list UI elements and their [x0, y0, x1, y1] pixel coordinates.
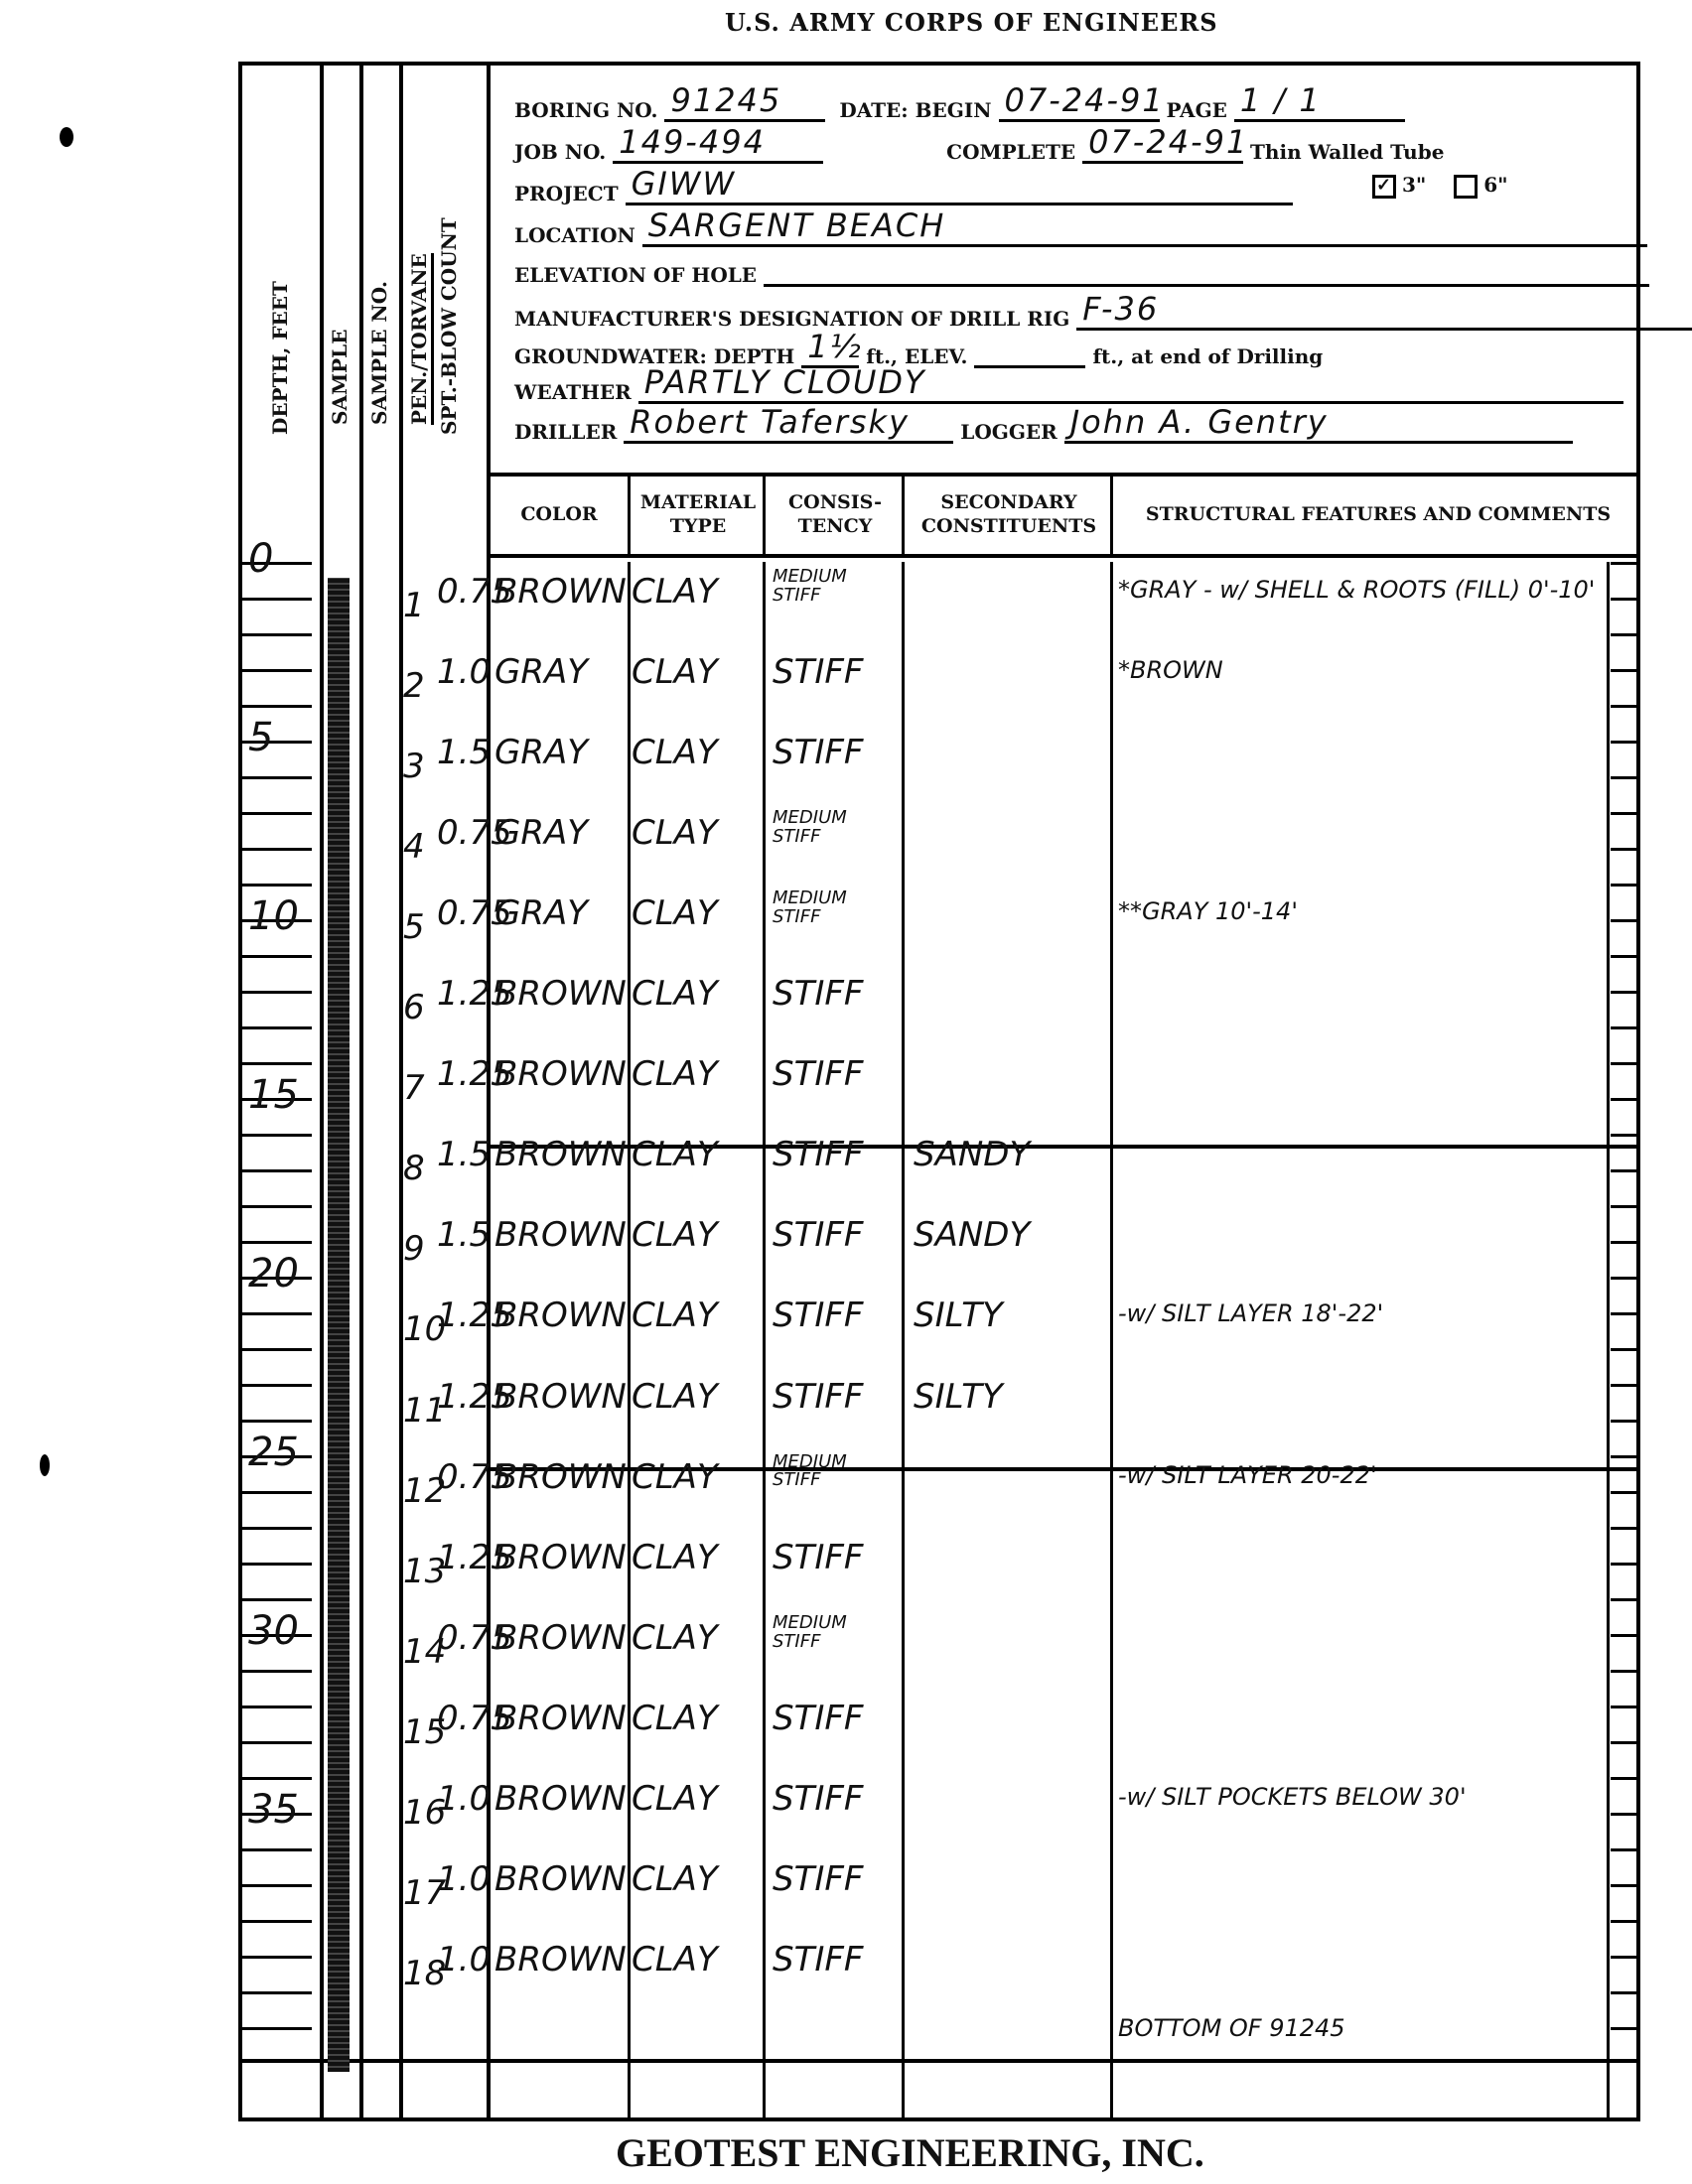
begin-date-value: 07-24-91: [999, 81, 1160, 122]
consistency: STIFF: [773, 1940, 864, 1979]
depth-tick: [242, 1741, 312, 1744]
sample-interval-bar: [328, 578, 350, 2072]
sample-no: 6: [403, 988, 425, 1027]
depth-tick: [1611, 1706, 1636, 1708]
depth-tick: [1611, 1956, 1636, 1959]
depth-tick: [1611, 991, 1636, 994]
depth-tick: [242, 1312, 312, 1315]
depth-tick: [242, 2027, 312, 2030]
depth-tick: [1611, 1062, 1636, 1065]
soil-color: BROWN: [494, 1538, 627, 1577]
sample-no: 8: [403, 1149, 425, 1188]
consistency: STIFF: [773, 1699, 864, 1738]
depth-marker: 25: [248, 1430, 299, 1475]
spt-blow-count-label: SPT.-BLOW COUNT: [437, 217, 461, 435]
pen-torvane-value: 1.5: [437, 1135, 491, 1174]
depth-tick: [1611, 1563, 1636, 1566]
depth-tick: [242, 1491, 312, 1494]
tube-size-options: 3" 6": [1372, 173, 1508, 199]
column-divider: [763, 562, 766, 2121]
sample-no: 4: [403, 827, 425, 867]
soil-color: BROWN: [494, 1699, 627, 1738]
groundwater-depth-value: 1½: [801, 328, 859, 368]
sample-label: SAMPLE: [328, 330, 352, 425]
depth-tick: [1611, 1134, 1636, 1137]
depth-tick: [242, 776, 312, 779]
soil-color: BROWN: [494, 1377, 627, 1417]
material-type: CLAY: [632, 733, 718, 772]
depth-tick: [1611, 1777, 1636, 1780]
depth-tick: [242, 1384, 312, 1387]
depth-tick: [242, 991, 312, 994]
sample-no: 9: [403, 1229, 425, 1269]
soil-color: GRAY: [494, 813, 588, 853]
soil-color: GRAY: [494, 893, 588, 933]
depth-tick: [1611, 1098, 1636, 1101]
depth-tick: [242, 1956, 312, 1959]
consistency: STIFF: [773, 1296, 864, 1335]
depth-tick: [1611, 884, 1636, 887]
depth-tick: [1611, 598, 1636, 601]
depth-tick: [1611, 955, 1636, 958]
structural-comment: -w/ SILT LAYER 20-22': [1118, 1461, 1377, 1489]
boring-no-field: BORING NO. 91245 DATE: BEGIN 07-24-91 PA…: [514, 81, 1405, 122]
pen-torvane-value: 1.0: [437, 1859, 491, 1899]
material-type: CLAY: [632, 1135, 718, 1174]
depth-tick: [242, 955, 312, 958]
depth-tick: [242, 848, 312, 851]
structural-comment: -w/ SILT POCKETS BELOW 30': [1118, 1783, 1467, 1811]
depth-marker: 10: [248, 893, 299, 939]
location-field: LOCATION SARGENT BEACH: [514, 206, 1647, 247]
depth-feet-label: DEPTH, FEET: [268, 281, 292, 435]
consistency: MEDIUM STIFF: [773, 1614, 892, 1652]
material-type: CLAY: [632, 1940, 718, 1979]
drill-rig-value: F-36: [1076, 290, 1692, 331]
depth-marker: 5: [248, 715, 273, 760]
secondary-constituent: SILTY: [914, 1296, 1003, 1335]
depth-tick: [1611, 1920, 1636, 1923]
page-value: 1 / 1: [1234, 81, 1405, 122]
depth-marker: 20: [248, 1251, 299, 1297]
weather-field: WEATHER PARTLY CLOUDY: [514, 363, 1623, 404]
depth-tick: [1611, 1848, 1636, 1851]
consistency: STIFF: [773, 1538, 864, 1577]
secondary-constituent: SANDY: [914, 1215, 1030, 1255]
consistency: STIFF: [773, 1859, 864, 1899]
material-type: CLAY: [632, 1296, 718, 1335]
tube-6in-checkbox[interactable]: [1454, 175, 1478, 199]
depth-tick: [1611, 812, 1636, 815]
depth-tick: [242, 1920, 312, 1923]
material-type: CLAY: [632, 1538, 718, 1577]
depth-tick: [1611, 2027, 1636, 2030]
project-field: PROJECT GIWW: [514, 165, 1329, 205]
soil-color: BROWN: [494, 572, 627, 612]
consistency: STIFF: [773, 733, 864, 772]
soil-color: BROWN: [494, 1618, 627, 1658]
soil-color: BROWN: [494, 1779, 627, 1819]
consistency: STIFF: [773, 1779, 864, 1819]
depth-marker: 0: [248, 536, 273, 582]
depth-marker: 15: [248, 1072, 299, 1118]
location-value: SARGENT BEACH: [642, 206, 1647, 247]
depth-tick: [242, 1670, 312, 1673]
depth-tick: [1611, 1277, 1636, 1280]
soil-color: BROWN: [494, 1296, 627, 1335]
depth-tick: [1611, 919, 1636, 922]
depth-tick: [1611, 1741, 1636, 1744]
depth-tick: [1611, 1455, 1636, 1458]
depth-tick: [242, 1062, 312, 1065]
consistency: STIFF: [773, 1377, 864, 1417]
depth-tick: [242, 598, 312, 601]
depth-tick: [242, 705, 312, 708]
elevation-field: ELEVATION OF HOLE: [514, 254, 1649, 287]
job-no-value: 149-494: [613, 123, 823, 164]
soil-color: BROWN: [494, 974, 627, 1014]
sample-no: 7: [403, 1068, 425, 1108]
depth-tick: [242, 1134, 312, 1137]
col-consistency: CONSIS-TENCY: [763, 477, 905, 554]
soil-color: BROWN: [494, 1940, 627, 1979]
soil-color: BROWN: [494, 1859, 627, 1899]
depth-tick: [242, 1884, 312, 1887]
structural-comment: -w/ SILT LAYER 18'-22': [1118, 1299, 1383, 1327]
depth-tick: [1611, 1241, 1636, 1244]
depth-tick: [242, 1991, 312, 1994]
pen-torvane-value: 1.0: [437, 652, 491, 692]
job-no-field: JOB NO. 149-494 COMPLETE 07-24-91 Thin W…: [514, 123, 1444, 164]
depth-tick: [242, 1241, 312, 1244]
material-type: CLAY: [632, 1457, 718, 1497]
material-type: CLAY: [632, 1699, 718, 1738]
depth-marker: 30: [248, 1608, 299, 1654]
material-type: CLAY: [632, 893, 718, 933]
consistency: STIFF: [773, 1054, 864, 1094]
depth-tick: [242, 1169, 312, 1172]
soil-color: GRAY: [494, 652, 588, 692]
depth-tick: [242, 1706, 312, 1708]
depth-tick: [1611, 1813, 1636, 1816]
column-divider: [628, 562, 631, 2121]
depth-tick: [242, 1563, 312, 1566]
depth-tick: [242, 633, 312, 636]
material-type: CLAY: [632, 1215, 718, 1255]
depth-marker: 35: [248, 1787, 299, 1833]
depth-tick: [1611, 669, 1636, 672]
depth-tick: [1611, 1991, 1636, 1994]
consistency: MEDIUM STIFF: [773, 809, 892, 847]
consistency: MEDIUM STIFF: [773, 1453, 892, 1491]
depth-tick: [1611, 1312, 1636, 1315]
material-type: CLAY: [632, 652, 718, 692]
soil-color: BROWN: [494, 1054, 627, 1094]
column-divider: [1110, 562, 1113, 2121]
structural-comment: *BROWN: [1118, 656, 1223, 684]
depth-tick: [242, 1026, 312, 1029]
pen-torvane-value: 1.0: [437, 1940, 491, 1979]
agency-title: U.S. ARMY CORPS OF ENGINEERS: [725, 8, 1218, 37]
consistency: STIFF: [773, 1135, 864, 1174]
depth-tick: [1611, 848, 1636, 851]
soil-color: BROWN: [494, 1135, 627, 1174]
complete-date-value: 07-24-91: [1082, 123, 1243, 164]
material-type: CLAY: [632, 572, 718, 612]
structural-comment: **GRAY 10'-14': [1118, 897, 1298, 925]
secondary-constituent: SILTY: [914, 1377, 1003, 1417]
material-type: CLAY: [632, 1779, 718, 1819]
depth-tick: [242, 884, 312, 887]
soil-color: BROWN: [494, 1215, 627, 1255]
logger-value: John A. Gentry: [1064, 403, 1573, 444]
depth-tick: [242, 669, 312, 672]
project-value: GIWW: [626, 165, 1293, 205]
header-fields: BORING NO. 91245 DATE: BEGIN 07-24-91 PA…: [491, 66, 1640, 473]
consistency: STIFF: [773, 652, 864, 692]
drill-rig-field: MANUFACTURER'S DESIGNATION OF DRILL RIG …: [514, 290, 1692, 331]
sample-no: 2: [403, 666, 425, 706]
depth-tick: [1611, 1205, 1636, 1208]
pen-torvane-label: PEN./TORVANE: [407, 253, 434, 425]
consistency: STIFF: [773, 1215, 864, 1255]
driller-logger-field: DRILLER Robert Tafersky LOGGER John A. G…: [514, 403, 1573, 444]
pen-torvane-value: 1.5: [437, 733, 491, 772]
depth-tick: [1611, 1634, 1636, 1637]
scan-speck: [60, 127, 73, 147]
depth-tick: [242, 1348, 312, 1351]
col-material-type: MATERIAL TYPE: [628, 477, 766, 554]
depth-tick: [242, 1420, 312, 1423]
weather-value: PARTLY CLOUDY: [638, 363, 1623, 404]
sample-no: 3: [403, 747, 425, 786]
soil-color: GRAY: [494, 733, 588, 772]
col-secondary-constituents: SECONDARY CONSTITUENTS: [902, 477, 1113, 554]
depth-tick: [1611, 1384, 1636, 1387]
boring-no-value: 91245: [664, 81, 825, 122]
depth-tick: [242, 812, 312, 815]
driller-value: Robert Tafersky: [624, 403, 953, 444]
depth-tick: [1611, 1348, 1636, 1351]
material-type: CLAY: [632, 1859, 718, 1899]
consistency: MEDIUM STIFF: [773, 889, 892, 927]
depth-tick: [242, 1848, 312, 1851]
depth-tick: [1611, 562, 1636, 565]
company-footer: GEOTEST ENGINEERING, INC.: [616, 2129, 1204, 2176]
tube-3in-checkbox[interactable]: [1372, 175, 1396, 199]
depth-tick: [242, 1205, 312, 1208]
pen-torvane-value: 1.0: [437, 1779, 491, 1819]
col-divider: [320, 66, 324, 2117]
sample-no: 1: [403, 586, 425, 625]
boring-log-form: DEPTH, FEET SAMPLE SAMPLE NO. PEN./TORVA…: [238, 62, 1640, 2121]
depth-tick: [1611, 1598, 1636, 1601]
column-divider: [902, 562, 905, 2121]
depth-tick: [1611, 1527, 1636, 1530]
scan-speck: [40, 1454, 50, 1476]
depth-tick: [242, 1777, 312, 1780]
depth-tick: [1611, 776, 1636, 779]
material-type: CLAY: [632, 1377, 718, 1417]
depth-tick: [1611, 1884, 1636, 1887]
material-type: CLAY: [632, 813, 718, 853]
material-type: CLAY: [632, 1618, 718, 1658]
depth-tick: [1611, 741, 1636, 744]
consistency: STIFF: [773, 974, 864, 1014]
groundwater-field: GROUNDWATER: DEPTH 1½ ft., ELEV. ft., at…: [514, 328, 1323, 368]
depth-tick: [1611, 1026, 1636, 1029]
column-headers: COLOR MATERIAL TYPE CONSIS-TENCY SECONDA…: [491, 473, 1640, 558]
column-divider: [1607, 562, 1610, 2121]
soil-color: BROWN: [494, 1457, 627, 1497]
depth-tick: [1611, 1169, 1636, 1172]
secondary-constituent: SANDY: [914, 1135, 1030, 1174]
depth-tick: [1611, 1670, 1636, 1673]
depth-tick: [242, 1527, 312, 1530]
depth-tick: [1611, 633, 1636, 636]
depth-tick: [1611, 705, 1636, 708]
col-divider: [359, 66, 363, 2117]
sample-no-label: SAMPLE NO.: [367, 281, 391, 425]
depth-tick: [1611, 1491, 1636, 1494]
material-type: CLAY: [632, 1054, 718, 1094]
bottom-row-divider: [242, 2059, 1636, 2063]
sample-no: 5: [403, 907, 425, 947]
depth-tick: [1611, 1420, 1636, 1423]
consistency: MEDIUM STIFF: [773, 568, 892, 606]
depth-tick: [242, 1598, 312, 1601]
material-type: CLAY: [632, 974, 718, 1014]
elevation-value: [764, 254, 1649, 287]
col-color: COLOR: [491, 477, 628, 554]
pen-torvane-value: 1.5: [437, 1215, 491, 1255]
col-structural-features: STRUCTURAL FEATURES AND COMMENTS: [1110, 477, 1643, 554]
structural-comment: BOTTOM OF 91245: [1118, 2014, 1345, 2042]
structural-comment: *GRAY - w/ SHELL & ROOTS (FILL) 0'-10': [1118, 576, 1595, 604]
